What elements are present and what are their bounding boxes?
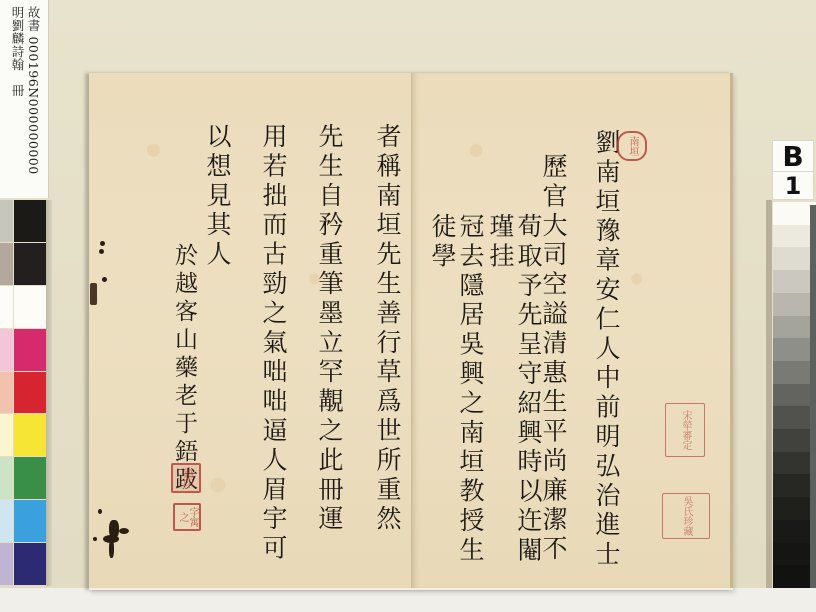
ink-blot [109,540,114,558]
signature-column: 於越客山藥老于鋙跋 [171,243,197,495]
color-swatch-dark [14,286,46,328]
collector-seal-2: 吳氏珍藏 [662,493,710,539]
collector-seal-1: 宋犖審定 [665,403,705,457]
color-swatch-light [0,500,13,542]
color-swatch-light [0,200,13,242]
gray-scale-target: B 1 [766,140,816,588]
color-swatch-light [0,286,13,328]
book-spread: 者稱南垣先生善行草爲世所重然 先生自矜重筆墨立罕覯之此冊運 用若拙而古勁之氣咄咄… [89,73,733,590]
edge-stain [90,283,97,305]
signature-seal-2: 字寓之 [173,503,201,531]
target-label-number: 1 [772,171,814,200]
color-swatch-row [0,543,46,585]
catalog-label: 故書 000196N000000000 明劉麟詩翰 冊 [0,0,49,198]
color-swatch-light [0,543,13,585]
ink-blot [119,528,129,534]
color-swatch-dark [14,543,46,585]
color-swatch-row [0,329,46,371]
color-swatch-dark [14,243,46,285]
color-swatch-dark [14,372,46,414]
ink-spot [100,241,105,246]
color-swatch-dark [14,500,46,542]
ink-spot [93,537,97,541]
left-page: 者稱南垣先生善行草爲世所重然 先生自矜重筆墨立罕覯之此冊運 用若拙而古勁之氣咄咄… [89,73,412,588]
ink-spot [99,249,104,254]
color-swatch-dark [14,414,46,456]
color-swatch-row [0,414,46,456]
catalog-number: 故書 000196N000000000 [26,6,40,175]
text-column-right-2: 歷官大司空謚清惠生平尚廉潔不 [539,153,567,565]
bottom-paper-strip [0,588,816,612]
catalog-title: 明劉麟詩翰 冊 [10,6,24,97]
color-swatch-row [0,500,46,542]
text-column-right-3: 荀取予先呈守紹興時以迕閹瑾挂 [486,213,542,588]
color-swatch-row [0,457,46,499]
text-column-right-1: 劉南垣豫章安仁人中前明弘治進士 [592,129,620,570]
color-swatch-dark [14,457,46,499]
text-column-right-4: 冠去隱居吳興之南垣教授生徒學 [428,213,484,588]
text-column-left-1: 者稱南垣先生善行草爲世所重然 [373,123,401,535]
signature-seal-1: 鋙印 [171,463,201,493]
ink-spot [98,509,102,514]
target-label-letter: B [772,140,814,172]
color-chart-shadow [46,200,52,586]
ink-spot [102,277,107,282]
text-column-left-3: 用若拙而古勁之氣咄咄逼人眉宇可 [259,123,287,564]
color-swatch-row [0,372,46,414]
color-swatch-row [0,200,46,242]
color-swatch-row [0,286,46,328]
name-seal: 南垣 [617,131,647,161]
gray-scale-edge [810,205,816,588]
gray-scale-frame [766,200,772,588]
right-page: 劉南垣豫章安仁人中前明弘治進士 歷官大司空謚清惠生平尚廉潔不 荀取予先呈守紹興時… [412,73,733,588]
color-swatch-light [0,414,13,456]
color-swatch-light [0,329,13,371]
color-swatch-light [0,372,13,414]
text-column-left-4: 以想見其人 [203,123,231,270]
color-swatch-row [0,243,46,285]
color-swatch-dark [14,329,46,371]
color-calibration-chart [0,200,46,586]
color-swatch-light [0,243,13,285]
color-swatch-dark [14,200,46,242]
color-swatch-light [0,457,13,499]
text-column-left-2: 先生自矜重筆墨立罕覯之此冊運 [315,123,343,535]
